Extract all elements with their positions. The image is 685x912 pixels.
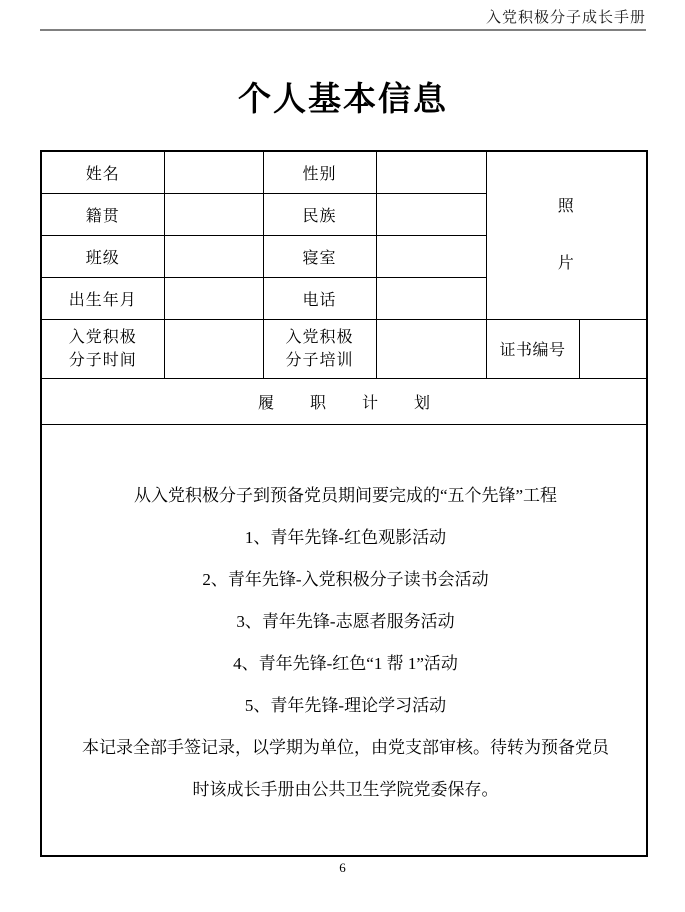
plan-item-5: 5、青年先锋-理论学习活动	[51, 685, 640, 727]
activist-date-label: 入党积极 分子时间	[41, 319, 164, 378]
class-value	[164, 235, 263, 277]
activist-training-label: 入党积极 分子培训	[263, 319, 376, 378]
dorm-label: 寝室	[263, 235, 376, 277]
plan-intro: 从入党积极分子到预备党员期间要完成的“五个先锋”工程	[51, 475, 640, 517]
name-value	[164, 151, 263, 193]
table-row: 姓名 性别 照 片	[41, 151, 647, 193]
gender-label: 性别	[263, 151, 376, 193]
phone-value	[376, 277, 486, 319]
plan-content: 从入党积极分子到预备党员期间要完成的“五个先锋”工程 1、青年先锋-红色观影活动…	[41, 424, 647, 856]
gender-value	[376, 151, 486, 193]
native-place-value	[164, 193, 263, 235]
page-title: 个人基本信息	[40, 77, 646, 123]
ethnicity-value	[376, 193, 486, 235]
dorm-value	[376, 235, 486, 277]
name-label: 姓名	[41, 151, 164, 193]
info-table: 姓名 性别 照 片 籍贯 民族 班级 寝室	[40, 150, 648, 857]
plan-item-4: 4、青年先锋-红色“1 帮 1”活动	[51, 643, 640, 685]
native-place-label: 籍贯	[41, 193, 164, 235]
phone-label: 电话	[263, 277, 376, 319]
page-content: 入党积极分子成长手册 个人基本信息 姓名 性别 照 片 籍贯 民族	[40, 0, 646, 857]
birthdate-label: 出生年月	[41, 277, 164, 319]
photo-cell: 照 片	[486, 151, 647, 319]
section-header-row: 履职计划	[41, 378, 647, 424]
plan-item-1: 1、青年先锋-红色观影活动	[51, 517, 640, 559]
plan-content-row: 从入党积极分子到预备党员期间要完成的“五个先锋”工程 1、青年先锋-红色观影活动…	[41, 424, 647, 856]
ethnicity-label: 民族	[263, 193, 376, 235]
booklet-title: 入党积极分子成长手册	[486, 10, 646, 26]
plan-item-3: 3、青年先锋-志愿者服务活动	[51, 601, 640, 643]
activist-date-value	[164, 319, 263, 378]
certificate-number-value	[579, 319, 647, 378]
class-label: 班级	[41, 235, 164, 277]
plan-note-line-2: 时该成长手册由公共卫生学院党委保存。	[51, 769, 640, 811]
section-header: 履职计划	[41, 378, 647, 424]
table-row: 入党积极 分子时间 入党积极 分子培训 证书编号	[41, 319, 647, 378]
page-number: 6	[0, 860, 685, 876]
section-header-text: 履职计划	[258, 390, 466, 413]
plan-item-2: 2、青年先锋-入党积极分子读书会活动	[51, 559, 640, 601]
plan-note-line-1: 本记录全部手签记录，以学期为单位，由党支部审核。待转为预备党员	[51, 727, 640, 769]
page-header: 入党积极分子成长手册	[40, 0, 646, 31]
activist-training-value	[376, 319, 486, 378]
birthdate-value	[164, 277, 263, 319]
document-page: 入党积极分子成长手册 个人基本信息 姓名 性别 照 片 籍贯 民族	[0, 0, 685, 912]
certificate-number-label: 证书编号	[486, 319, 579, 378]
